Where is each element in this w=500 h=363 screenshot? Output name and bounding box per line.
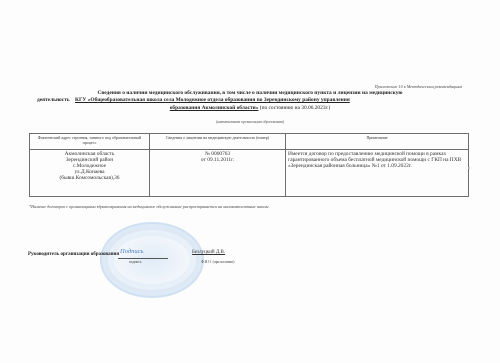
cell-address: Акмолинская область Зерендинский район с… xyxy=(30,150,150,197)
title-line-3: образования Акмолинской области» (по сос… xyxy=(25,105,475,112)
as-of-date: (по состоянию на 30.06.2023г.) xyxy=(260,105,330,111)
license-date: от 09.11.2011г. xyxy=(152,157,283,163)
document-page: Приложение 10 к Методическим рекомендаци… xyxy=(0,0,500,363)
table-header-row: Фактический адрес строения, занятого под… xyxy=(30,134,469,150)
table-row: Акмолинская область Зерендинский район с… xyxy=(30,150,469,197)
cell-license: № 0000763 от 09.11.2011г. xyxy=(150,150,286,197)
signature-label: Руководитель организации образования xyxy=(28,252,119,257)
footnote: *Наличие договоров с организациями здрав… xyxy=(29,204,289,209)
document-title: Сведения о наличии медицинского обслужив… xyxy=(25,90,475,112)
header-license: Сведения о лицензии на медицинскую деяте… xyxy=(150,134,286,150)
cell-note: Имеется договор по предоставлению медици… xyxy=(286,150,469,197)
handwritten-signature: Подпись xyxy=(120,248,144,255)
header-address: Фактический адрес строения, занятого под… xyxy=(30,134,150,150)
organization-caption: (наименование организации образования) xyxy=(0,120,500,124)
signature-caption: подпись xyxy=(129,260,142,264)
official-stamp xyxy=(100,222,204,298)
signature-line xyxy=(118,258,168,259)
medical-info-table: Фактический адрес строения, занятого под… xyxy=(29,133,469,197)
scan-speck xyxy=(468,167,470,169)
title-prefix: деятельность xyxy=(37,97,70,103)
header-note: Примечание xyxy=(286,134,469,150)
appendix-note: Приложение 10 к Методическим рекомендаци… xyxy=(375,84,462,89)
director-name: Безлуцкий Д.В. xyxy=(192,250,225,255)
organization-name-part2: образования Акмолинской области» xyxy=(170,105,259,111)
organization-name-part1: КГУ «Общеобразовательная школа села Моло… xyxy=(75,97,350,103)
title-line-2: деятельность КГУ «Общеобразовательная шк… xyxy=(25,97,475,104)
address-line: (бывш.Комсомольская),36 xyxy=(32,175,147,181)
director-caption: Ф.И.О. (при наличии) xyxy=(201,260,234,264)
